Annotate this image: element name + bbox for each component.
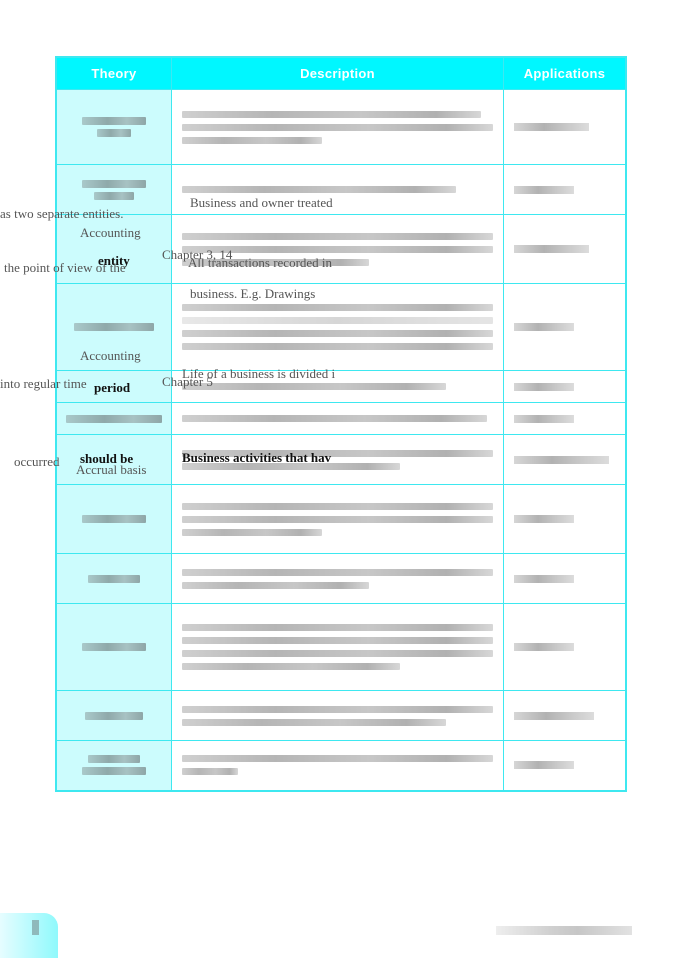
page-number-tab <box>0 913 58 958</box>
overlay-text: business. E.g. Drawings <box>190 287 315 300</box>
theory-cell <box>56 403 172 435</box>
applications-cell <box>504 691 627 741</box>
table-row <box>56 554 626 604</box>
theory-cell <box>56 485 172 554</box>
table-row <box>56 284 626 371</box>
table-row <box>56 165 626 215</box>
theory-cell <box>56 691 172 741</box>
table-row <box>56 604 626 691</box>
table-row <box>56 485 626 554</box>
applications-cell <box>504 604 627 691</box>
table-row <box>56 90 626 165</box>
overlay-text: into regular time <box>0 377 87 390</box>
description-cell <box>172 691 504 741</box>
theory-cell <box>56 554 172 604</box>
applications-cell <box>504 284 627 371</box>
overlay-text: Life of a business is divided i <box>182 367 335 380</box>
applications-cell <box>504 741 627 791</box>
applications-cell <box>504 215 627 284</box>
theory-cell <box>56 741 172 791</box>
theory-cell <box>56 604 172 691</box>
applications-cell <box>504 165 627 215</box>
header-description: Description <box>172 57 504 90</box>
overlay-text: period <box>94 381 130 394</box>
overlay-text: Accrual basis <box>76 463 146 476</box>
footer-text <box>496 926 632 935</box>
overlay-text: Business activities that hav <box>182 451 331 464</box>
table-row <box>56 691 626 741</box>
applications-cell <box>504 435 627 485</box>
description-cell <box>172 403 504 435</box>
theory-table: Theory Description Applications <box>55 56 627 792</box>
description-cell <box>172 604 504 691</box>
overlay-text: as two separate entities. <box>0 207 123 220</box>
overlay-text: the point of view of the <box>4 261 126 274</box>
table-row <box>56 403 626 435</box>
overlay-text: All transactions recorded in <box>188 256 332 269</box>
applications-cell <box>504 403 627 435</box>
overlay-text: Accounting <box>80 349 141 362</box>
overlay-text: occurred <box>14 455 59 468</box>
description-cell <box>172 554 504 604</box>
table-header-row: Theory Description Applications <box>56 57 626 90</box>
description-cell <box>172 90 504 165</box>
description-cell <box>172 741 504 791</box>
theory-cell <box>56 90 172 165</box>
table-row <box>56 435 626 485</box>
table-row <box>56 215 626 284</box>
overlay-text: Accounting <box>80 226 141 239</box>
table-row <box>56 371 626 403</box>
header-theory: Theory <box>56 57 172 90</box>
description-cell <box>172 485 504 554</box>
applications-cell <box>504 485 627 554</box>
applications-cell <box>504 371 627 403</box>
applications-cell <box>504 90 627 165</box>
header-applications: Applications <box>504 57 627 90</box>
table-row <box>56 741 626 791</box>
applications-cell <box>504 554 627 604</box>
overlay-text: Business and owner treated <box>190 196 333 209</box>
page-number <box>32 920 39 935</box>
